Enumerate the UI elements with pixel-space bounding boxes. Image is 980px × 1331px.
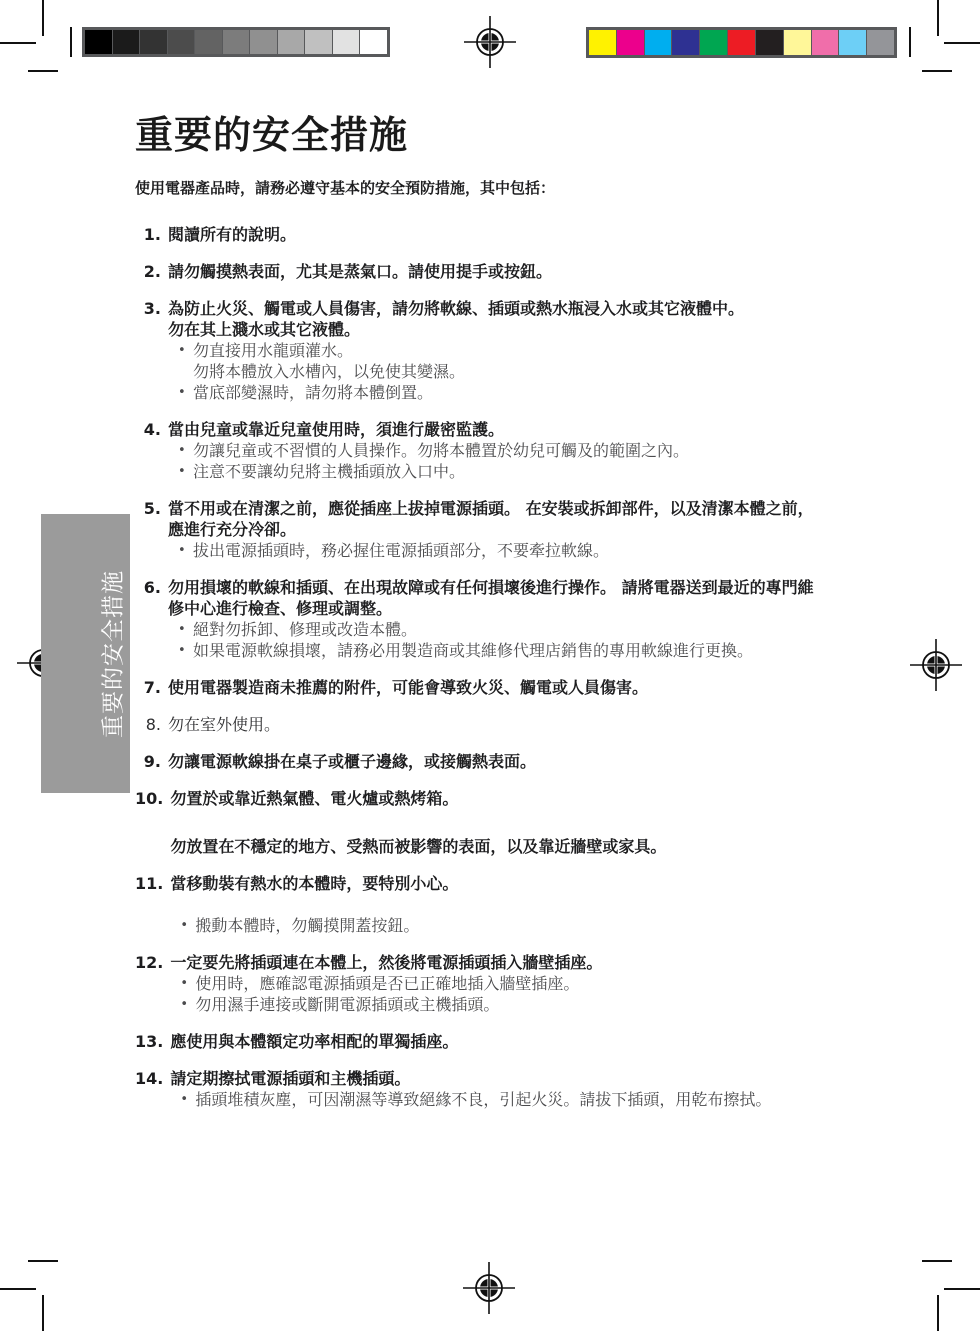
safety-item-11: 11.當移動裝有熱水的本體時，要特別小心。•搬動本體時，勿觸摸開蓋按鈕。 <box>135 873 835 936</box>
item-text-line: 修中心進行檢查、修理或調整。 <box>168 598 835 619</box>
item-sub-text: 當底部變濕時，請勿將本體倒置。 <box>193 382 835 403</box>
calibration-swatch <box>838 30 866 55</box>
item-text-line: 應進行充分冷卻。 <box>168 519 835 540</box>
safety-item-10: 10.勿置於或靠近熱氣體、電火爐或熱烤箱。勿放置在不穩定的地方、受熱而被影響的表… <box>135 788 835 857</box>
item-sub-text: 注意不要讓幼兒將主機插頭放入口中。 <box>193 461 835 482</box>
item-number: 13. <box>135 1031 163 1052</box>
item-body: 閱讀所有的說明。 <box>168 224 835 245</box>
calibration-swatch <box>811 30 839 55</box>
bullet-icon: • <box>180 915 195 936</box>
item-sub-text: 拔出電源插頭時，務必握住電源插頭部分，不要牽拉軟線。 <box>193 540 835 561</box>
calibration-swatch <box>139 30 167 54</box>
safety-item-5: 5.當不用或在清潔之前，應從插座上拔掉電源插頭。 在安裝或拆卸部件，以及清潔本體… <box>135 498 835 561</box>
registration-mark-icon <box>462 14 518 70</box>
item-text-line: 應使用與本體額定功率相配的單獨插座。 <box>170 1031 835 1052</box>
calibration-swatch <box>249 30 277 54</box>
crop-mark <box>944 1288 980 1290</box>
safety-item-13: 13.應使用與本體額定功率相配的單獨插座。 <box>135 1031 835 1052</box>
item-sub-line: •勿直接用水龍頭灌水。 <box>168 340 835 361</box>
item-text-line: 閱讀所有的說明。 <box>168 224 835 245</box>
safety-item-8: 8.勿在室外使用。 <box>135 714 835 735</box>
item-sub-line: •注意不要讓幼兒將主機插頭放入口中。 <box>168 461 835 482</box>
chapter-tab-label: 重要的安全措施 <box>95 570 128 738</box>
calibration-swatch <box>222 30 250 54</box>
item-sub-text: 絕對勿拆卸、修理或改造本體。 <box>193 619 835 640</box>
item-text-line: 勿讓電源軟線掛在桌子或櫃子邊緣，或接觸熱表面。 <box>168 751 835 772</box>
item-sub-text: 勿用濕手連接或斷開電源插頭或主機插頭。 <box>195 994 835 1015</box>
calibration-swatch <box>616 30 644 55</box>
crop-mark <box>944 42 980 44</box>
item-text-line: 使用電器製造商未推薦的附件，可能會導致火災、觸電或人員傷害。 <box>168 677 835 698</box>
crop-mark <box>70 27 72 57</box>
bullet-icon: • <box>178 619 193 640</box>
item-extra-text: 勿放置在不穩定的地方、受熱而被影響的表面，以及靠近牆壁或家具。 <box>170 836 835 857</box>
crop-mark <box>28 70 58 72</box>
item-sub-line: •使用時，應確認電源插頭是否已正確地插入牆壁插座。 <box>170 973 835 994</box>
chapter-side-tab: 重要的安全措施 <box>41 514 130 793</box>
safety-item-9: 9.勿讓電源軟線掛在桌子或櫃子邊緣，或接觸熱表面。 <box>135 751 835 772</box>
item-sub-line: •勿讓兒童或不習慣的人員操作。勿將本體置於幼兒可觸及的範圍之內。 <box>168 440 835 461</box>
bullet-icon: • <box>180 994 195 1015</box>
bullet-icon: • <box>178 640 193 661</box>
item-number: 9. <box>135 751 161 772</box>
crop-mark <box>0 42 36 44</box>
item-sub-text: 如果電源軟線損壞，請務必用製造商或其維修代理店銷售的專用軟線進行更換。 <box>193 640 835 661</box>
item-number: 7. <box>135 677 161 698</box>
safety-instructions-list: 1.閱讀所有的說明。2.請勿觸摸熱表面，尤其是蒸氣口。請使用提手或按鈕。3.為防… <box>135 224 835 1110</box>
item-body: 應使用與本體額定功率相配的單獨插座。 <box>170 1031 835 1052</box>
calibration-swatch <box>85 30 112 54</box>
item-number: 6. <box>135 577 161 661</box>
item-body: 當由兒童或靠近兒童使用時，須進行嚴密監護。•勿讓兒童或不習慣的人員操作。勿將本體… <box>168 419 835 482</box>
item-sub-text: 插頭堆積灰塵，可因潮濕等導致絕緣不良，引起火災。請拔下插頭，用乾布擦拭。 <box>195 1089 835 1110</box>
item-sub-text: 勿直接用水龍頭灌水。 <box>193 340 835 361</box>
item-sub-line: •絕對勿拆卸、修理或改造本體。 <box>168 619 835 640</box>
calibration-swatch <box>359 30 387 54</box>
item-text-line: 當移動裝有熱水的本體時，要特別小心。 <box>170 873 835 894</box>
item-text-line: 當不用或在清潔之前，應從插座上拔掉電源插頭。 在安裝或拆卸部件，以及清潔本體之前… <box>168 498 835 519</box>
crop-mark <box>42 0 44 36</box>
safety-item-6: 6.勿用損壞的軟線和插頭、在出現故障或有任何損壞後進行操作。 請將電器送到最近的… <box>135 577 835 661</box>
item-text-line: 請勿觸摸熱表面，尤其是蒸氣口。請使用提手或按鈕。 <box>168 261 835 282</box>
item-text-line: 為防止火災、觸電或人員傷害，請勿將軟線、插頭或熱水瓶浸入水或其它液體中。 <box>168 298 835 319</box>
calibration-swatch <box>332 30 360 54</box>
item-sub-line: 勿將本體放入水槽內，以免使其變濕。 <box>168 361 835 382</box>
crop-mark <box>42 1295 44 1331</box>
item-body: 勿用損壞的軟線和插頭、在出現故障或有任何損壞後進行操作。 請將電器送到最近的專門… <box>168 577 835 661</box>
item-text-line: 請定期擦拭電源插頭和主機插頭。 <box>170 1068 835 1089</box>
bullet-icon: • <box>180 1089 195 1110</box>
item-number: 12. <box>135 952 163 1015</box>
page-title: 重要的安全措施 <box>135 112 835 160</box>
bullet-icon: • <box>178 540 193 561</box>
calibration-swatch <box>304 30 332 54</box>
item-sub-line: •搬動本體時，勿觸摸開蓋按鈕。 <box>170 915 835 936</box>
calibration-swatch <box>194 30 222 54</box>
item-text-line: 勿在室外使用。 <box>168 714 835 735</box>
item-sub-line: •如果電源軟線損壞，請務必用製造商或其維修代理店銷售的專用軟線進行更換。 <box>168 640 835 661</box>
crop-mark <box>922 1260 952 1262</box>
safety-item-12: 12.一定要先將插頭連在本體上，然後將電源插頭插入牆壁插座。•使用時，應確認電源… <box>135 952 835 1015</box>
safety-item-14: 14.請定期擦拭電源插頭和主機插頭。•插頭堆積灰塵，可因潮濕等導致絕緣不良，引起… <box>135 1068 835 1110</box>
item-body: 勿讓電源軟線掛在桌子或櫃子邊緣，或接觸熱表面。 <box>168 751 835 772</box>
item-sub-text: 搬動本體時，勿觸摸開蓋按鈕。 <box>195 915 835 936</box>
item-body: 一定要先將插頭連在本體上，然後將電源插頭插入牆壁插座。•使用時，應確認電源插頭是… <box>170 952 835 1015</box>
bullet-icon: • <box>178 461 193 482</box>
calibration-swatch <box>671 30 699 55</box>
bullet-spacer <box>178 361 193 382</box>
item-text-line: 勿用損壞的軟線和插頭、在出現故障或有任何損壞後進行操作。 請將電器送到最近的專門… <box>168 577 835 598</box>
color-calibration-bar <box>586 27 897 58</box>
item-sub-text: 勿讓兒童或不習慣的人員操作。勿將本體置於幼兒可觸及的範圍之內。 <box>193 440 835 461</box>
crop-mark <box>909 27 911 57</box>
safety-item-7: 7.使用電器製造商未推薦的附件，可能會導致火災、觸電或人員傷害。 <box>135 677 835 698</box>
item-number: 11. <box>135 873 163 936</box>
calibration-swatch <box>167 30 195 54</box>
item-body: 為防止火災、觸電或人員傷害，請勿將軟線、插頭或熱水瓶浸入水或其它液體中。勿在其上… <box>168 298 835 403</box>
crop-mark <box>922 70 952 72</box>
calibration-swatch <box>866 30 894 55</box>
calibration-swatch <box>699 30 727 55</box>
content-area: 重要的安全措施 使用電器產品時，請務必遵守基本的安全預防措施，其中包括： 1.閱… <box>135 112 835 1126</box>
item-sub-text: 勿將本體放入水槽內，以免使其變濕。 <box>193 361 835 382</box>
bullet-icon: • <box>178 440 193 461</box>
item-body: 勿置於或靠近熱氣體、電火爐或熱烤箱。勿放置在不穩定的地方、受熱而被影響的表面，以… <box>170 788 835 857</box>
item-number: 14. <box>135 1068 163 1110</box>
intro-text: 使用電器產品時，請務必遵守基本的安全預防措施，其中包括： <box>135 178 835 198</box>
calibration-swatch <box>589 30 616 55</box>
safety-item-2: 2.請勿觸摸熱表面，尤其是蒸氣口。請使用提手或按鈕。 <box>135 261 835 282</box>
grayscale-calibration-bar <box>82 27 390 57</box>
item-body: 當移動裝有熱水的本體時，要特別小心。•搬動本體時，勿觸摸開蓋按鈕。 <box>170 873 835 936</box>
crop-mark <box>0 1288 36 1290</box>
crop-mark <box>937 0 939 36</box>
item-body: 勿在室外使用。 <box>168 714 835 735</box>
item-body: 請勿觸摸熱表面，尤其是蒸氣口。請使用提手或按鈕。 <box>168 261 835 282</box>
item-number: 1. <box>135 224 161 245</box>
item-sub-line: •插頭堆積灰塵，可因潮濕等導致絕緣不良，引起火災。請拔下插頭，用乾布擦拭。 <box>170 1089 835 1110</box>
registration-mark-icon <box>461 1260 517 1316</box>
item-text-line: 一定要先將插頭連在本體上，然後將電源插頭插入牆壁插座。 <box>170 952 835 973</box>
crop-mark <box>937 1295 939 1331</box>
item-sub-line: •勿用濕手連接或斷開電源插頭或主機插頭。 <box>170 994 835 1015</box>
calibration-swatch <box>727 30 755 55</box>
calibration-swatch <box>277 30 305 54</box>
item-number: 2. <box>135 261 161 282</box>
item-text-line: 勿在其上濺水或其它液體。 <box>168 319 835 340</box>
registration-mark-icon <box>908 637 964 693</box>
bullet-icon: • <box>178 382 193 403</box>
crop-mark <box>28 1260 58 1262</box>
item-number: 3. <box>135 298 161 403</box>
manual-page: 重要的安全措施 重要的安全措施 使用電器產品時，請務必遵守基本的安全預防措施，其… <box>0 0 980 1331</box>
item-sub-line: •拔出電源插頭時，務必握住電源插頭部分，不要牽拉軟線。 <box>168 540 835 561</box>
safety-item-3: 3.為防止火災、觸電或人員傷害，請勿將軟線、插頭或熱水瓶浸入水或其它液體中。勿在… <box>135 298 835 403</box>
safety-item-4: 4.當由兒童或靠近兒童使用時，須進行嚴密監護。•勿讓兒童或不習慣的人員操作。勿將… <box>135 419 835 482</box>
item-body: 使用電器製造商未推薦的附件，可能會導致火災、觸電或人員傷害。 <box>168 677 835 698</box>
item-number: 4. <box>135 419 161 482</box>
item-number: 10. <box>135 788 163 857</box>
item-sub-line: •當底部變濕時，請勿將本體倒置。 <box>168 382 835 403</box>
item-body: 當不用或在清潔之前，應從插座上拔掉電源插頭。 在安裝或拆卸部件，以及清潔本體之前… <box>168 498 835 561</box>
item-body: 請定期擦拭電源插頭和主機插頭。•插頭堆積灰塵，可因潮濕等導致絕緣不良，引起火災。… <box>170 1068 835 1110</box>
item-sub-text: 使用時，應確認電源插頭是否已正確地插入牆壁插座。 <box>195 973 835 994</box>
calibration-swatch <box>644 30 672 55</box>
calibration-swatch <box>112 30 140 54</box>
calibration-swatch <box>755 30 783 55</box>
item-number: 5. <box>135 498 161 561</box>
bullet-icon: • <box>178 340 193 361</box>
safety-item-1: 1.閱讀所有的說明。 <box>135 224 835 245</box>
bullet-icon: • <box>180 973 195 994</box>
calibration-swatch <box>783 30 811 55</box>
item-text-line: 勿置於或靠近熱氣體、電火爐或熱烤箱。 <box>170 788 835 809</box>
item-text-line: 當由兒童或靠近兒童使用時，須進行嚴密監護。 <box>168 419 835 440</box>
item-number: 8. <box>135 714 161 735</box>
